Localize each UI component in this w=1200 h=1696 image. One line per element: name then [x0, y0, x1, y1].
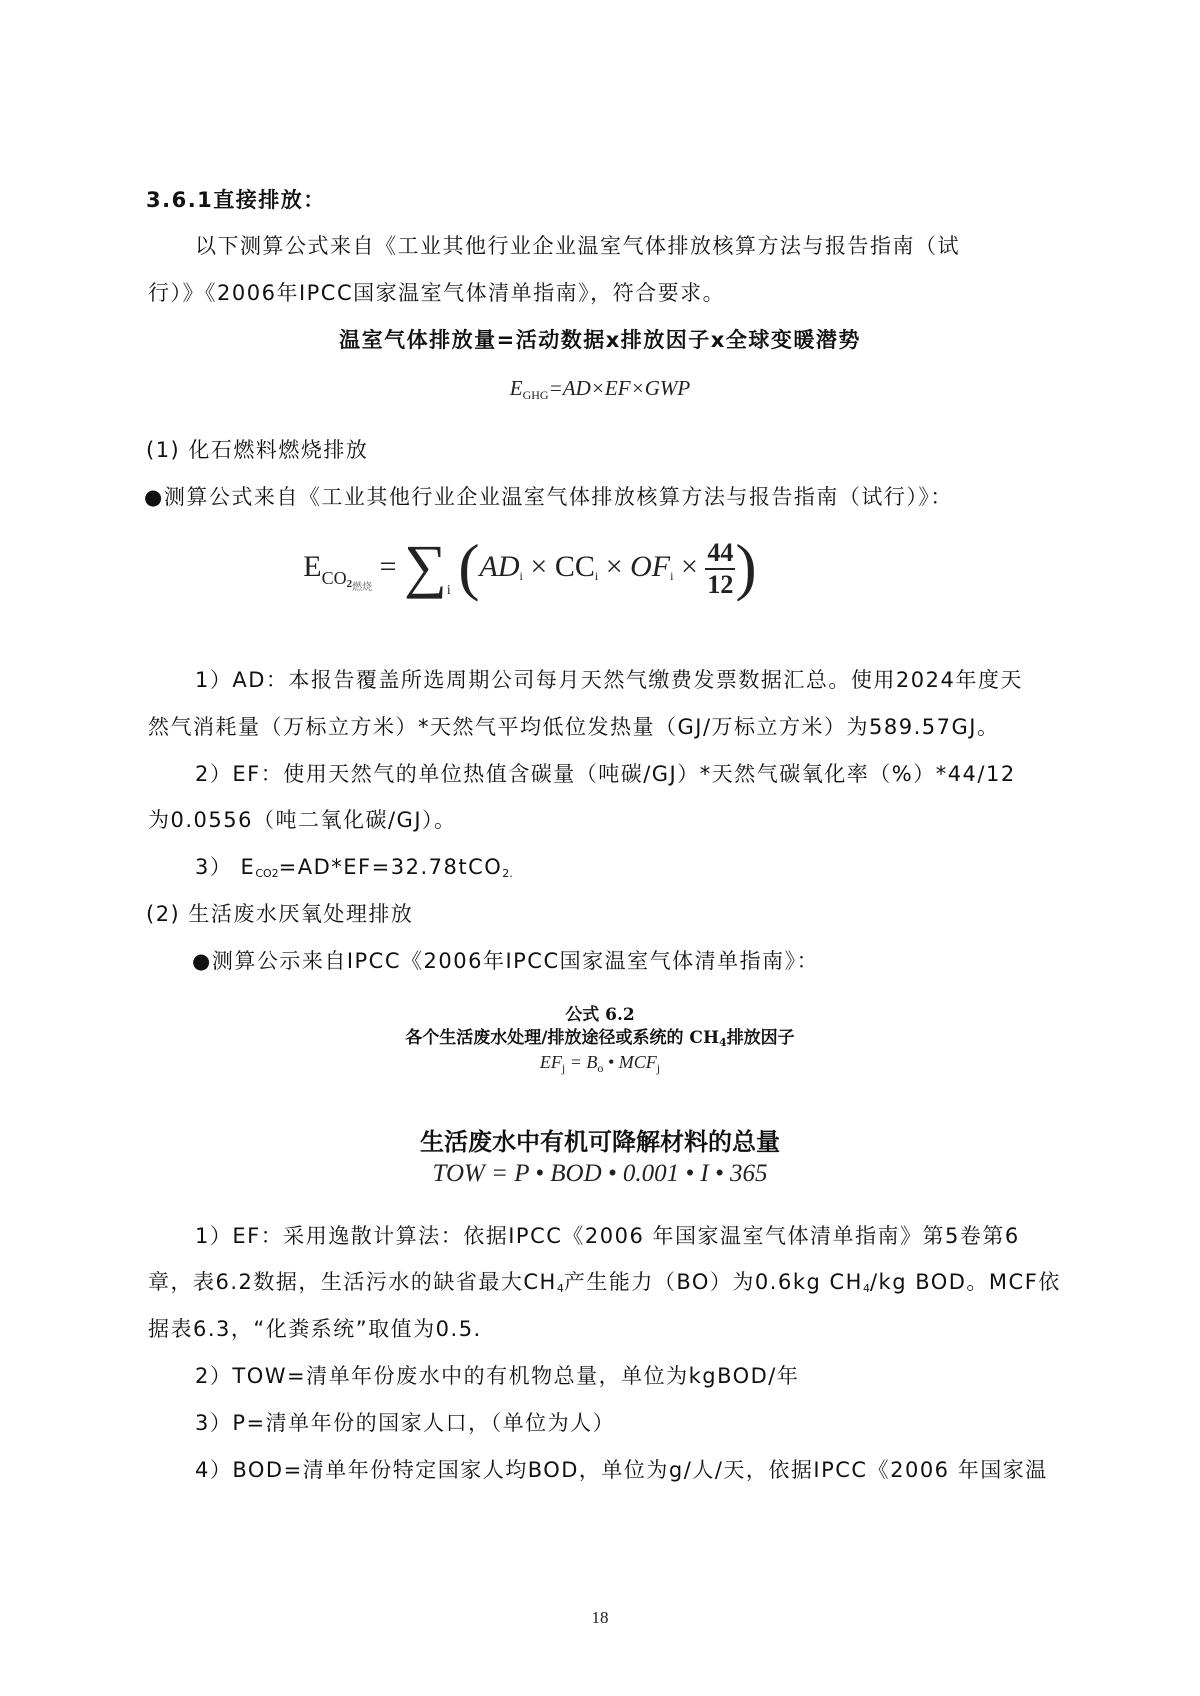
- page-number: 18: [0, 1608, 1200, 1628]
- formula-equals: =: [380, 550, 397, 583]
- general-formula: EGHG=AD×EF×GWP: [0, 376, 1200, 403]
- fraction: 4412: [705, 538, 735, 600]
- general-formula-text: 温室气体排放量=活动数据x排放因子x全球变暖潜势: [0, 326, 1200, 354]
- equation-6-2-formula: EFj = Bo • MCFj: [0, 1052, 1200, 1076]
- tow-caption: 生活废水中有机可降解材料的总量: [0, 1122, 1200, 1157]
- fossil-fuel-source: ●测算公式来自《工业其他行业企业温室气体排放核算方法与报告指南（试行）》：: [144, 483, 953, 511]
- term-ad: AD: [480, 550, 520, 583]
- wastewater-item-4: 4）BOD=清单年份特定国家人均BOD，单位为g/人/天，依据IPCC《2006…: [195, 1456, 1048, 1484]
- caption-sub: 4: [719, 1036, 727, 1049]
- formula-rhs1: = B: [565, 1052, 597, 1072]
- wastewater-item-3: 3）P=清单年份的国家人口，（单位为人）: [195, 1409, 615, 1437]
- wastewater-item-1-line-1: 1）EF：采用逸散计算法：依据IPCC《2006 年国家温室气体清单指南》第5卷…: [195, 1222, 1020, 1250]
- section-heading: 3.6.1直接排放：: [146, 186, 326, 214]
- item1-line2-sub: 4: [557, 1282, 564, 1295]
- term-cc: CC: [555, 550, 595, 583]
- item3-sub2: 2.: [502, 867, 513, 880]
- wastewater-source: ●测算公示来自IPCC《2006年IPCC国家温室气体清单指南》：: [192, 947, 819, 975]
- formula-lhs: EF: [540, 1052, 562, 1072]
- wastewater-item-2: 2）TOW=清单年份废水中的有机物总量，单位为kgBOD/年: [195, 1362, 799, 1390]
- term-of-index: i: [670, 569, 673, 583]
- item1-line2-pre: 章，表6.2数据，生活污水的缺省最大CH: [148, 1270, 557, 1294]
- combustion-formula: ECO2燃烧 = ∑i (ADi × CCi × OFi × 4412): [0, 530, 1060, 604]
- formula-rhs2: • MCF: [603, 1052, 656, 1072]
- caption-post: 排放因子: [727, 1028, 795, 1048]
- equation-6-2-caption: 各个生活废水处理/排放途径或系统的 CH4排放因子: [0, 1023, 1200, 1049]
- formula-lhs-sub: GHG: [523, 388, 549, 402]
- item3-prefix: 3） E: [195, 855, 255, 879]
- formula-lhs: E: [510, 376, 523, 400]
- times-symbol: ×: [681, 550, 698, 583]
- wastewater-title: (2) 生活废水厌氧处理排放: [146, 900, 413, 928]
- item3-result: =AD*EF=32.78tCO: [279, 855, 503, 879]
- left-paren: (: [458, 531, 479, 602]
- intro-paragraph-line-1: 以下测算公式来自《工业其他行业企业温室气体排放核算方法与报告指南（试: [195, 232, 960, 260]
- times-symbol: ×: [606, 550, 623, 583]
- formula-rhs: =AD×EF×GWP: [549, 376, 691, 400]
- wastewater-item-1-line-3: 据表6.3，“化粪系统”取值为0.5.: [148, 1315, 482, 1343]
- term-cc-index: i: [595, 569, 598, 583]
- caption-pre: 各个生活废水处理/排放途径或系统的 CH: [405, 1028, 719, 1048]
- fraction-numerator: 44: [705, 538, 735, 570]
- fossil-item-2-line-2: 为0.0556（吨二氧化碳/GJ）。: [148, 806, 457, 834]
- item3-sub: CO2: [255, 867, 278, 880]
- right-paren: ): [735, 531, 756, 602]
- intro-paragraph-line-2: 行）》《2006年IPCC国家温室气体清单指南》，符合要求。: [148, 279, 725, 307]
- fossil-item-2-line-1: 2）EF：使用天然气的单位热值含碳量（吨碳/GJ）*天然气碳氧化率（%）*44/…: [195, 760, 1016, 788]
- fossil-item-1-line-1: 1）AD：本报告覆盖所选周期公司每月天然气缴费发票数据汇总。使用2024年度天: [195, 666, 1023, 694]
- fossil-fuel-title: (1) 化石燃料燃烧排放: [146, 436, 368, 464]
- formula-rhs2-sub: j: [657, 1061, 660, 1075]
- formula-lhs: E: [303, 550, 321, 583]
- sum-symbol: ∑: [404, 533, 447, 599]
- tow-formula: TOW = P • BOD • 0.001 • I • 365: [0, 1160, 1200, 1188]
- formula-lhs-sub3: 燃烧: [352, 582, 372, 593]
- fraction-denominator: 12: [705, 570, 735, 600]
- fossil-item-3: 3） ECO2=AD*EF=32.78tCO2.: [195, 853, 513, 888]
- times-symbol: ×: [530, 550, 547, 583]
- fossil-item-1-line-2: 然气消耗量（万标立方米）*天然气平均低位发热量（GJ/万标立方米）为589.57…: [148, 713, 1000, 741]
- term-of: OF: [630, 550, 670, 583]
- wastewater-item-1-line-2: 章，表6.2数据，生活污水的缺省最大CH4产生能力（BO）为0.6kg CH4/…: [148, 1268, 1061, 1303]
- term-ad-index: i: [520, 569, 523, 583]
- sum-index: i: [447, 583, 451, 598]
- equation-6-2-label: 公式 6.2: [0, 1000, 1200, 1025]
- item1-line2-mid: 产生能力（BO）为0.6kg CH: [564, 1270, 863, 1294]
- item1-line2-post: /kg BOD。MCF依: [870, 1270, 1061, 1294]
- formula-lhs-sub: CO: [322, 568, 347, 588]
- item1-line2-sub2: 4: [863, 1282, 870, 1295]
